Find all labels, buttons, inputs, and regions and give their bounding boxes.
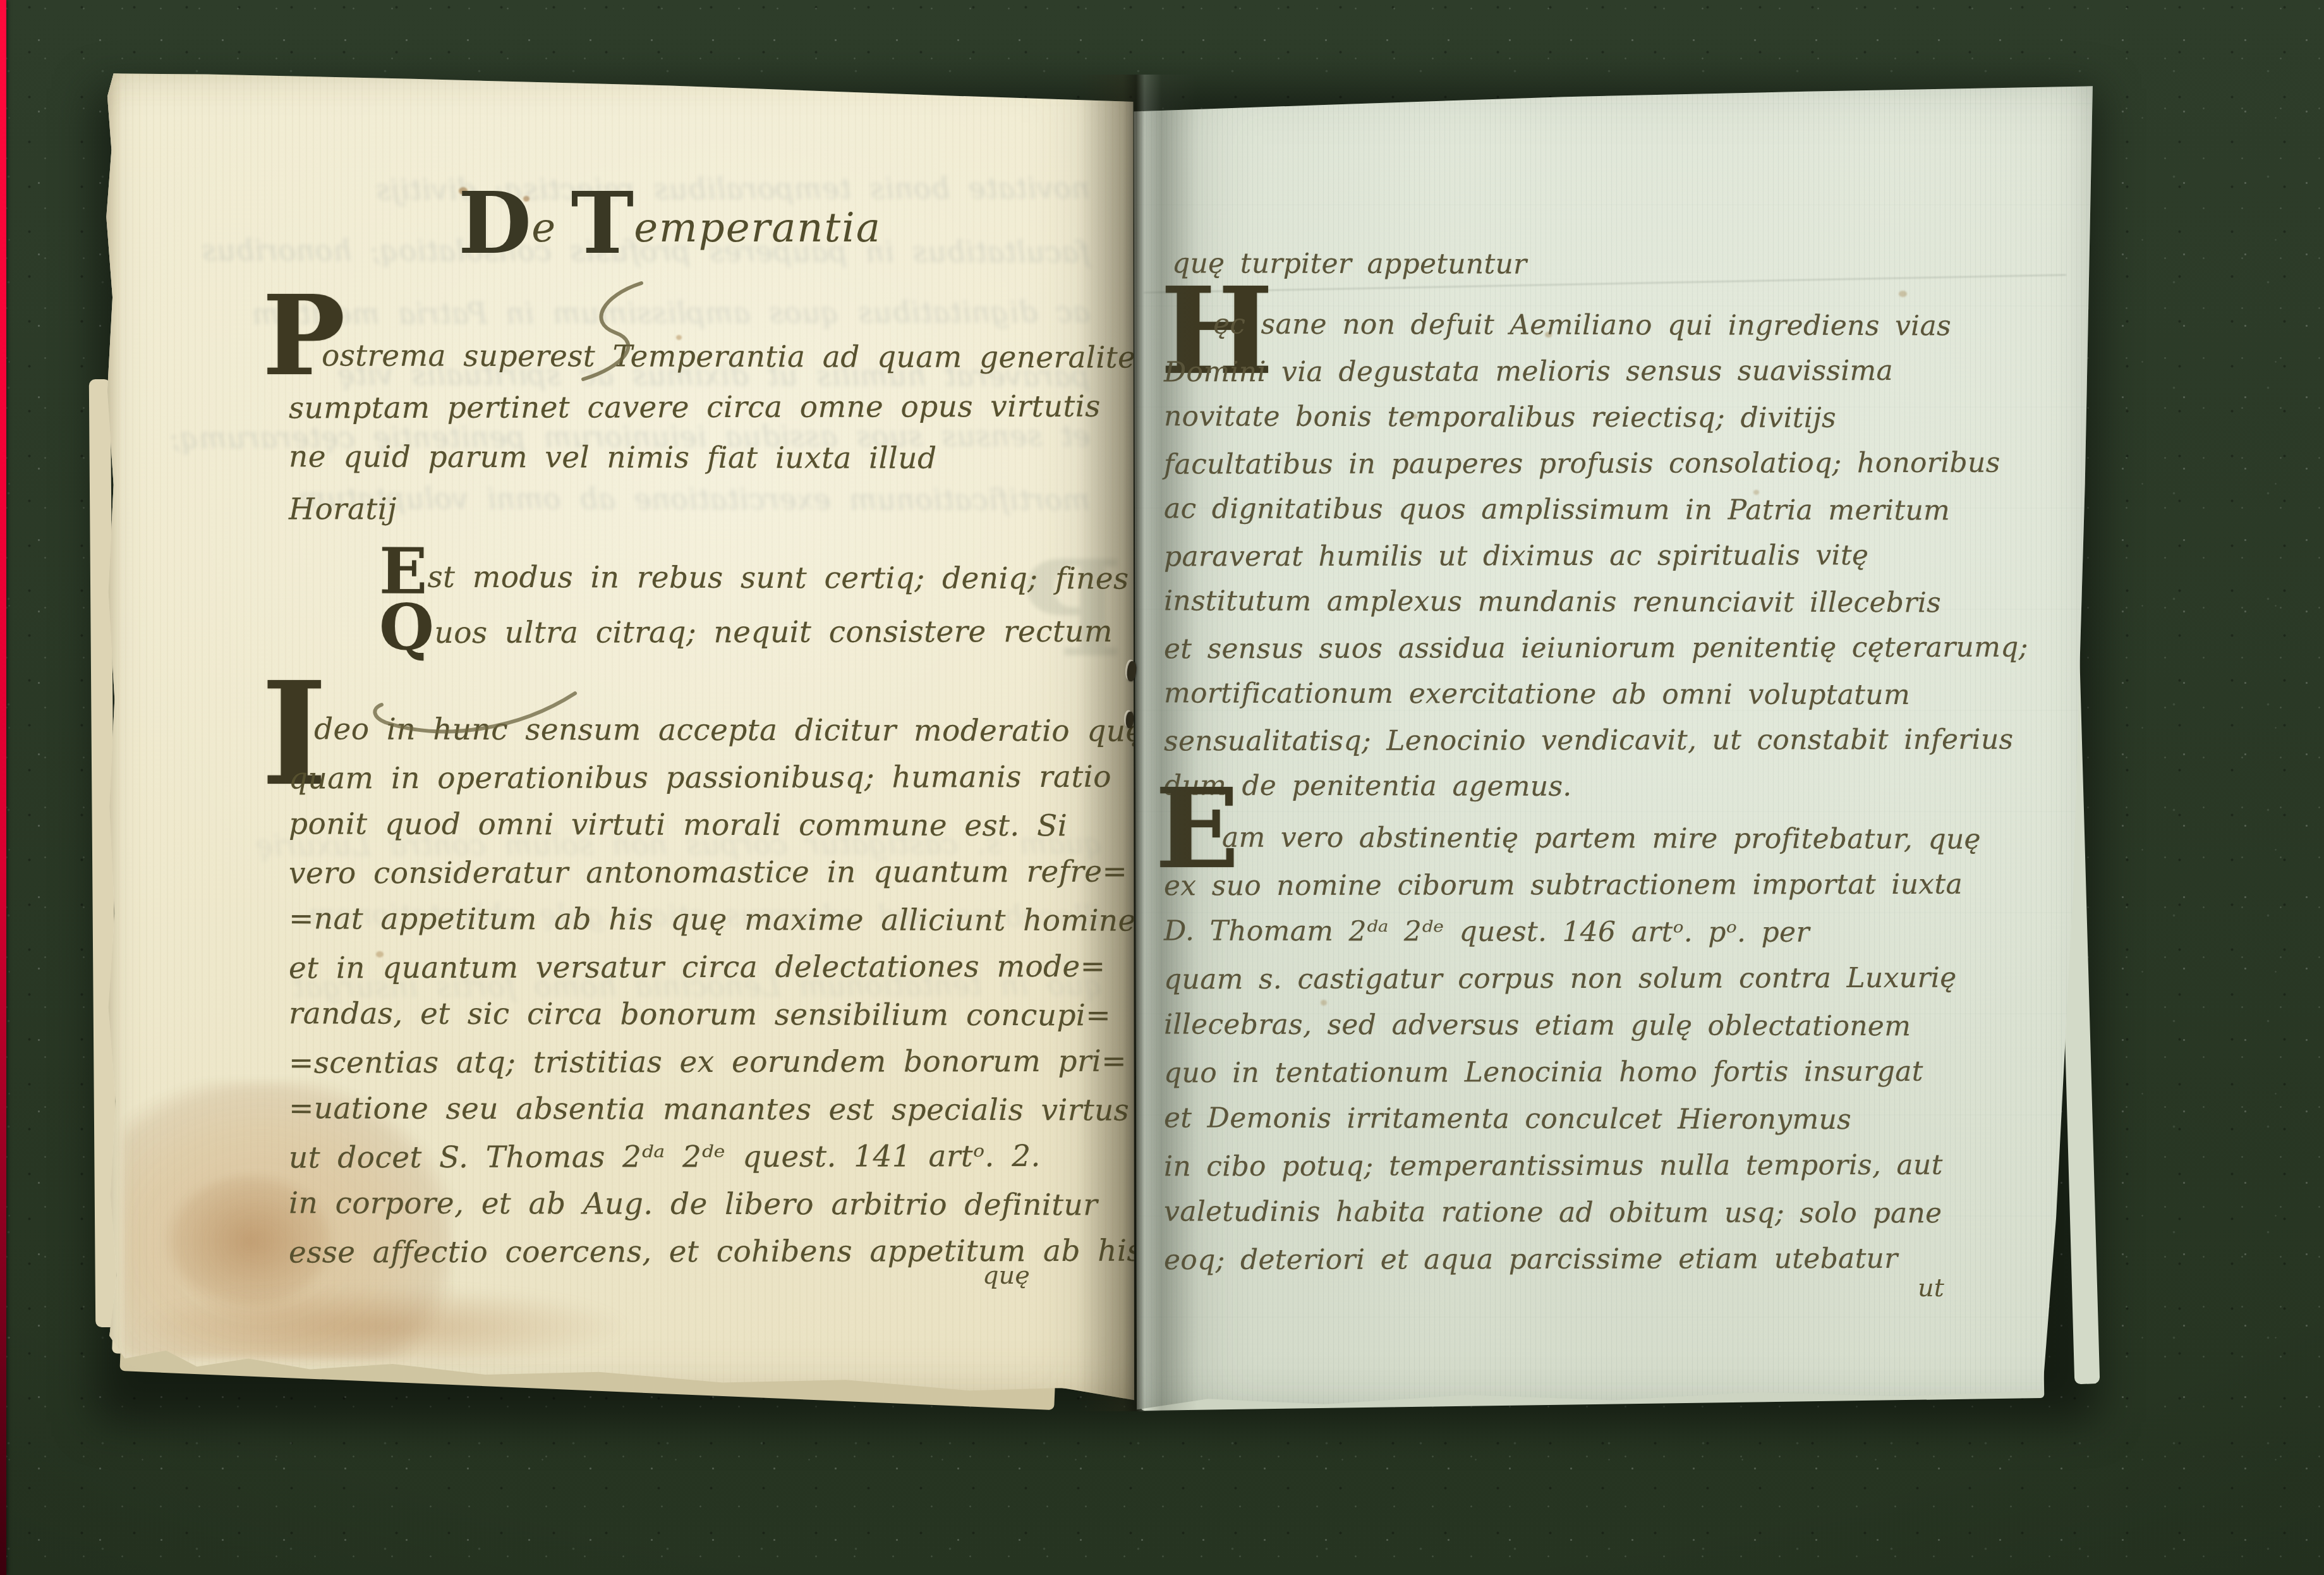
manuscript-line: randas, et sic circa bonorum sensibilium… [289,990,1181,1039]
manuscript-line: ne quid parum vel nimis fiat iuxta illud [289,432,1150,484]
manuscript-line: in corpore, et ab Aug. de libero arbitri… [289,1179,1181,1229]
manuscript-line: paraverat humilis ut diximus ac spiritua… [1164,532,2028,580]
manuscript-photo: { "manuscript": { "title": { "cap_d": "D… [0,0,2324,1575]
manuscript-line: valetudinis habita ratione ad obitum usq… [1164,1188,1981,1237]
manuscript-line: am vero abstinentię partem mire profiteb… [1164,814,1981,863]
red-fore-edge-stripe [0,0,6,1575]
left-page: novitate bonis temporalibus reiectisq; d… [104,70,1134,1409]
right-page: quę turpiter appetuntur H ęc sane non de… [1131,82,2095,1419]
manuscript-line: ponit quod omni virtuti morali commune e… [289,800,1181,849]
horace-verse: Est modus in rebus sunt certiq; deniq; f… [379,551,1129,660]
title-initial-t: T [571,173,634,273]
manuscript-line: =uatione seu absentia manantes est speci… [289,1085,1181,1134]
manuscript-line: =scentias atq; tristitias ex eorundem bo… [289,1038,1181,1087]
paragraph-hec: ęc sane non defuit Aemiliano qui ingredi… [1164,302,2028,810]
manuscript-line: et in quantum versatur circa delectation… [289,943,1181,992]
manuscript-line: mortificationum exercitatione ab omni vo… [1164,670,2028,718]
manuscript-line: Horatij [289,483,1150,535]
manuscript-line: illecebras, sed adversus etiam gulę oble… [1164,1001,1981,1050]
manuscript-line: Quos ultra citraq; nequit consistere rec… [379,605,1129,660]
manuscript-line: institutum amplexus mundanis renunciavit… [1164,578,2028,626]
paragraph-postrema: ostrema superest Temperantia ad quam gen… [289,332,1150,534]
left-page-text: De Temperantia P ostrema superest Temper… [104,70,1134,1409]
manuscript-line: Domini via degustata melioris sensus sua… [1164,348,2028,396]
manuscript-line: sumptam pertinet cavere circa omne opus … [289,382,1150,434]
page-title: De Temperantia [458,190,881,257]
paragraph-ideo: deo in hunc sensum accepta dicitur moder… [289,707,1181,1275]
manuscript-line: ostrema superest Temperantia ad quam gen… [289,331,1150,383]
manuscript-line: quam in operationibus passionibusq; huma… [289,753,1181,803]
manuscript-line: =nat appetitum ab his quę maxime alliciu… [289,895,1181,944]
verse-line-2: uos ultra citraq; nequit consistere rect… [434,614,1112,650]
manuscript-line: dum de penitentia agemus. [1164,762,2028,810]
right-page-text: quę turpiter appetuntur H ęc sane non de… [1131,82,2095,1419]
manuscript-line: novitate bonis temporalibus reiectisq; d… [1164,393,2028,441]
manuscript-line: esse affectio coercens, et cohibens appe… [289,1227,1181,1277]
manuscript-line: et sensus suos assidua ieiuniorum penite… [1164,624,2028,672]
manuscript-line: Est modus in rebus sunt certiq; deniq; f… [379,550,1129,607]
manuscript-line: sensualitatisq; Lenocinio vendicavit, ut… [1164,717,2028,765]
pen-flourish [547,278,679,386]
manuscript-line: quam s. castigatur corpus non solum cont… [1164,955,1981,1004]
catchword-left: quę [983,1261,1030,1290]
manuscript-line: ęc sane non defuit Aemiliano qui ingredi… [1164,301,2028,349]
title-initial-d: D [458,173,531,273]
verse-initial-q: Q [379,590,435,664]
manuscript-line: ex suo nomine ciborum subtractionem impo… [1164,861,1981,910]
title-after-d: e [531,205,557,252]
manuscript-line: D. Thomam 2ᵈᵃ 2ᵈᵉ quest. 146 artᵒ. pᵒ. p… [1164,908,1981,956]
manuscript-line: quo in tentationum Lenocinia homo fortis… [1164,1049,1981,1097]
title-space [557,205,571,252]
manuscript-line: ac dignitatibus quos amplissimum in Patr… [1164,485,2028,533]
paragraph-eam: am vero abstinentię partem mire profiteb… [1164,815,1981,1283]
manuscript-line: eoq; deteriori et aqua parcissime etiam … [1164,1236,1981,1284]
manuscript-line: vero consideratur antonomastice in quant… [289,848,1181,897]
manuscript-line: facultatibus in pauperes profusis consol… [1164,440,2028,488]
manuscript-line: ut docet S. Thomas 2ᵈᵃ 2ᵈᵉ quest. 141 ar… [289,1133,1181,1182]
manuscript-line: in cibo potuq; temperantissimus nulla te… [1164,1142,1981,1191]
pen-flourish-verse [366,686,581,743]
verse-line-1: st modus in rebus sunt certiq; deniq; fi… [428,560,1129,597]
manuscript-line: et Demonis irritamenta conculcet Hierony… [1164,1095,1981,1143]
catchword-right: ut [1918,1274,1944,1303]
title-after-t: emperantia [634,205,881,252]
